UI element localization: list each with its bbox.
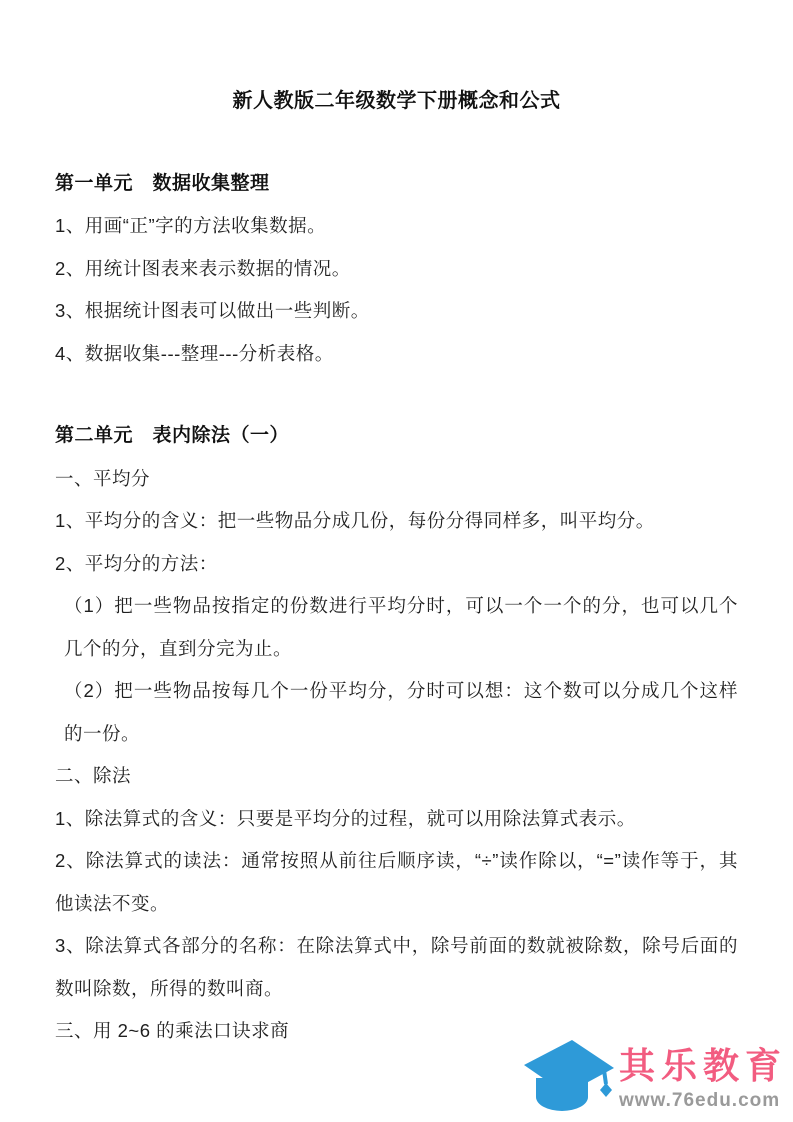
section-2-item-4: （1）把一些物品按指定的份数进行平均分时，可以一个一个的分，也可以几个几个的分，… [55,585,738,670]
section-2-item-9: 3、除法算式各部分的名称：在除法算式中，除号前面的数就被除数，除号后面的数叫除数… [55,925,738,1010]
section-1-item-1: 1、用画“正”字的方法收集数据。 [55,205,738,248]
section-2-item-2: 1、平均分的含义：把一些物品分成几份，每份分得同样多，叫平均分。 [55,500,738,543]
section-2-item-6: 二、除法 [55,755,738,798]
brand-name: 其乐教育 [619,1048,787,1084]
section-2-item-3: 2、平均分的方法： [55,543,738,586]
section-1-item-4: 4、数据收集---整理---分析表格。 [55,333,738,376]
document-content: 新人教版二年级数学下册概念和公式 第一单元 数据收集整理 1、用画“正”字的方法… [0,80,793,1053]
section-1-heading: 第一单元 数据收集整理 [55,163,738,206]
section-2-item-5: （2）把一些物品按每几个一份平均分，分时可以想：这个数可以分成几个这样的一份。 [55,670,738,755]
section-2-item-7: 1、除法算式的含义：只要是平均分的过程，就可以用除法算式表示。 [55,798,738,841]
document-page: 新人教版二年级数学下册概念和公式 第一单元 数据收集整理 1、用画“正”字的方法… [0,0,793,1122]
section-2-item-8: 2、除法算式的读法：通常按照从前往后顺序读，“÷”读作除以，“=”读作等于，其他… [55,840,738,925]
section-2-heading: 第二单元 表内除法（一） [55,415,738,458]
brand-url: www.76edu.com [619,1091,780,1110]
brand-logo: 其乐教育 www.76edu.com [510,1036,787,1114]
brand-text-block: 其乐教育 www.76edu.com [619,1048,787,1114]
document-title: 新人教版二年级数学下册概念和公式 [55,80,738,123]
section-1-item-3: 3、根据统计图表可以做出一些判断。 [55,290,738,333]
graduation-cap-icon [510,1036,614,1114]
section-1-item-2: 2、用统计图表来表示数据的情况。 [55,248,738,291]
section-2-item-1: 一、平均分 [55,458,738,501]
